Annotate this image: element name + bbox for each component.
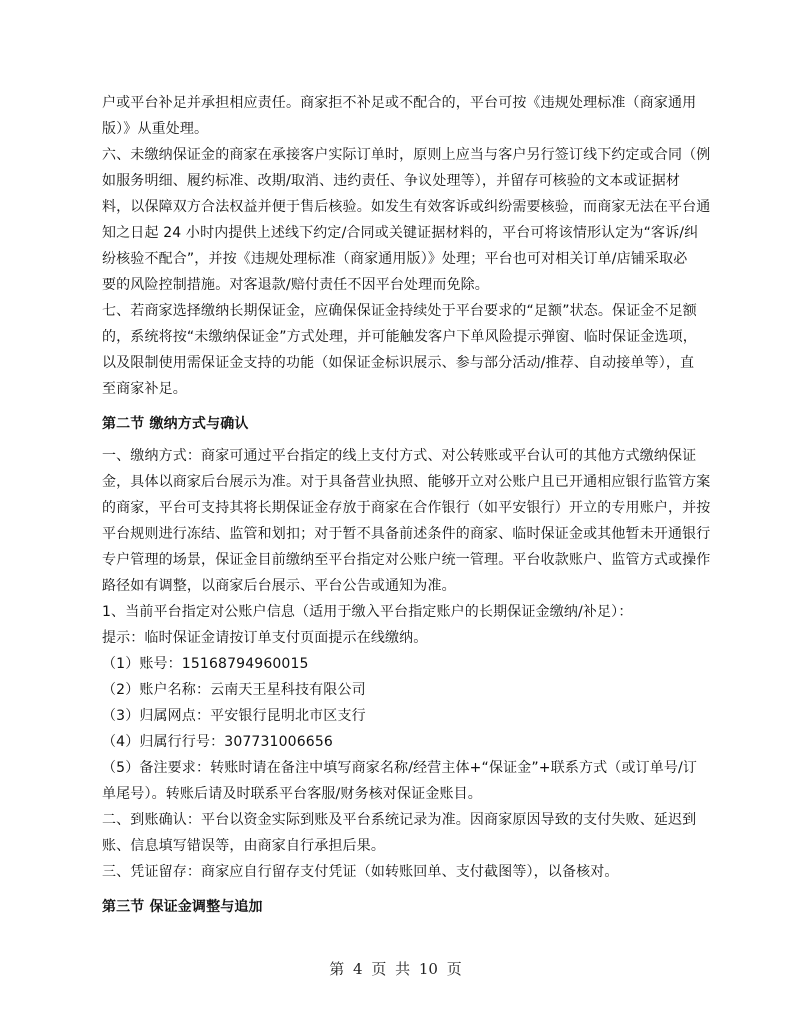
- paragraph-line: （5）备注要求：转账时请在备注中填写商家名称/经营主体+“保证金”+联系方式（或…: [102, 760, 697, 776]
- paragraph-line: （3）归属网点：平安银行昆明北市区支行: [102, 708, 366, 724]
- paragraph-line: 户或平台补足并承担相应责任。商家拒不补足或不配合的，平台可按《违规处理标准（商家…: [102, 95, 696, 111]
- paragraph-line: 金，具体以商家后台展示为准。对于具备营业执照、能够开立对公账户且已开通相应银行监…: [102, 474, 710, 490]
- paragraph-line: 的，系统将按“未缴纳保证金”方式处理，并可能触发客户下单风险提示弹窗、临时保证金…: [102, 329, 697, 345]
- paragraph-line: 二、到账确认：平台以资金实际到账及平台系统记录为准。因商家原因导致的支付失败、延…: [102, 812, 696, 828]
- section-heading: 第三节 保证金调整与追加: [102, 899, 263, 915]
- paragraph-line: （1）账号：15168794960015: [102, 656, 309, 672]
- paragraph-line: 的商家，平台可支持其将长期保证金存放于商家在合作银行（如平安银行）开立的专用账户…: [102, 500, 710, 516]
- paragraph-line: 平台规则进行冻结、监管和划扣；对于暂不具备前述条件的商家、临时保证金或其他暂未开…: [102, 526, 710, 542]
- paragraph-line: 单尾号）。转账后请及时联系平台客服/财务核对保证金账目。: [102, 786, 482, 802]
- paragraph-line: 纷核验不配合”，并按《违规处理标准（商家通用版）》处理；平台也可对相关订单/店铺…: [102, 251, 687, 267]
- paragraph-line: 一、缴纳方式：商家可通过平台指定的线上支付方式、对公转账或平台认可的其他方式缴纳…: [102, 448, 696, 464]
- paragraph-line: 要的风险控制措施。对客退款/赔付责任不因平台处理而免除。: [102, 277, 489, 293]
- paragraph-line: （4）归属行行号：307731006656: [102, 734, 333, 750]
- paragraph-line: 版）》从重处理。: [102, 121, 208, 137]
- paragraph-line: 料，以保障双方合法权益并便于售后核验。如发生有效客诉或纠纷需要核验，而商家无法在…: [102, 199, 710, 215]
- paragraph-line: （2）账户名称：云南天王星科技有限公司: [102, 682, 366, 698]
- paragraph-line: 账、信息填写错误等，由商家自行承担后果。: [102, 838, 385, 854]
- paragraph-line: 以及限制使用需保证金支持的功能（如保证金标识展示、参与部分活动/推荐、自动接单等…: [102, 355, 694, 371]
- paragraph-line: 路径如有调整，以商家后台展示、平台公告或通知为准。: [102, 578, 456, 594]
- paragraph-line: 六、未缴纳保证金的商家在承接客户实际订单时，原则上应当与客户另行签订线下约定或合…: [102, 147, 710, 163]
- paragraph-line: 如服务明细、履约标准、改期/取消、违约责任、争议处理等），并留存可核验的文本或证…: [102, 173, 680, 189]
- paragraph-line: 七、若商家选择缴纳长期保证金，应确保保证金持续处于平台要求的“足额”状态。保证金…: [102, 303, 697, 319]
- paragraph-line: 三、凭证留存：商家应自行留存支付凭证（如转账回单、支付截图等），以备核对。: [102, 864, 619, 880]
- document-page: 户或平台补足并承担相应责任。商家拒不补足或不配合的，平台可按《违规处理标准（商家…: [0, 0, 791, 1024]
- paragraph-line: 知之日起 24 小时内提供上述线下约定/合同或关键证据材料的，平台可将该情形认定…: [102, 225, 698, 241]
- page-number-footer: 第 4 页 共 10 页: [0, 958, 791, 979]
- section-heading: 第二节 缴纳方式与确认: [102, 416, 249, 432]
- paragraph-line: 专户管理的场景，保证金目前缴纳至平台指定对公账户统一管理。平台收款账户、监管方式…: [102, 552, 710, 568]
- paragraph-line: 至商家补足。: [102, 381, 187, 397]
- paragraph-line: 1、当前平台指定对公账户信息（适用于缴入平台指定账户的长期保证金缴纳/补足）：: [102, 604, 632, 620]
- paragraph-line: 提示：临时保证金请按订单支付页面提示在线缴纳。: [102, 630, 427, 646]
